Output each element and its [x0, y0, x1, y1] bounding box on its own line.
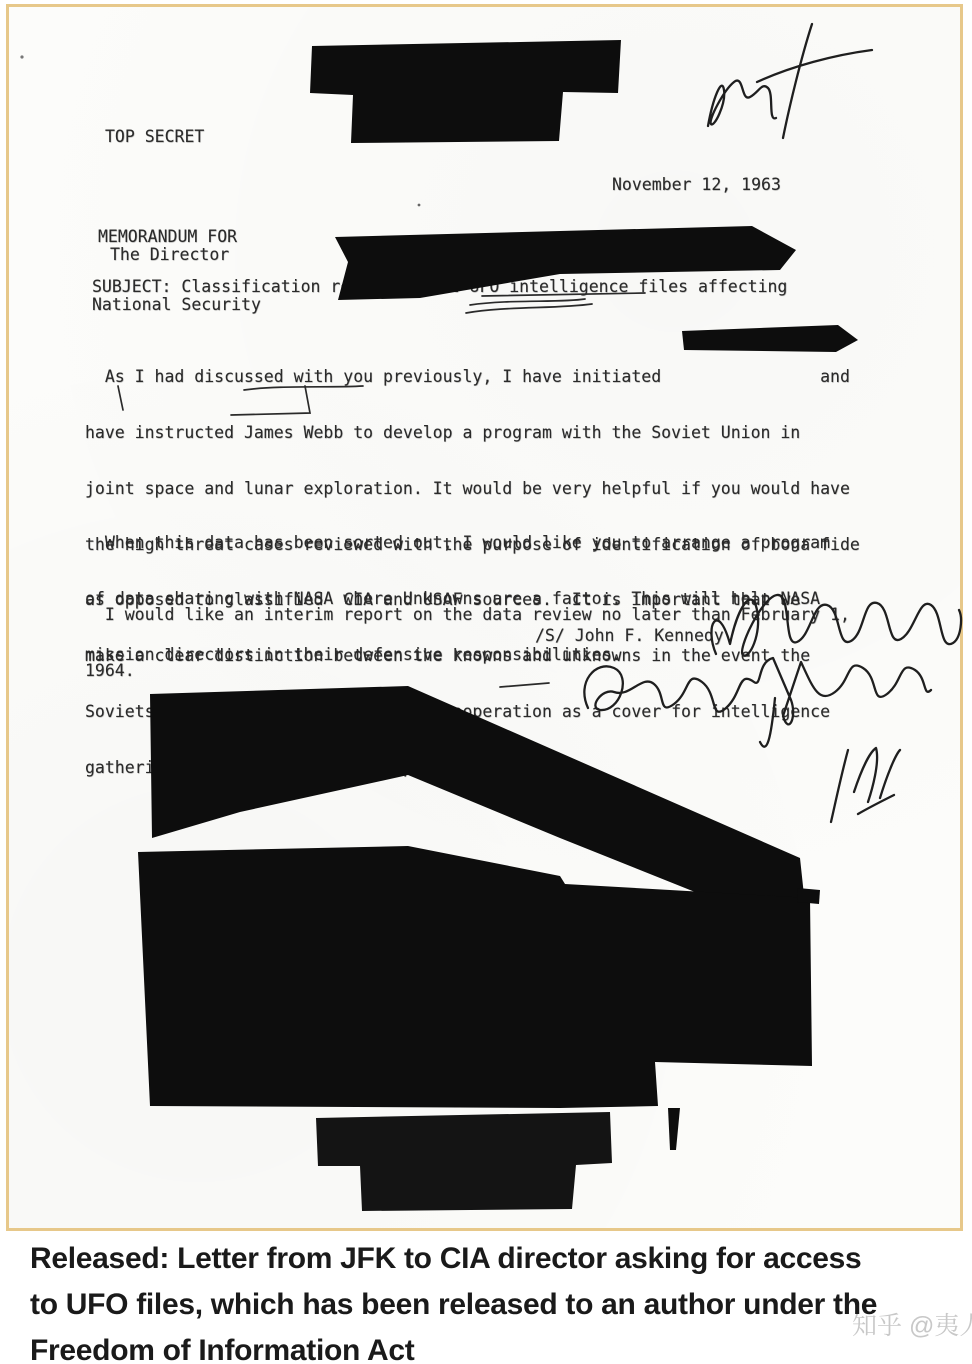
- caption-line-1: Released: Letter from JFK to CIA directo…: [30, 1242, 960, 1276]
- caption-line-3: Freedom of Information Act: [30, 1334, 960, 1364]
- p2-line: When this data has been sorted out, I wo…: [85, 534, 830, 553]
- subject-line-1: SUBJECT: Classification review of all UF…: [92, 278, 787, 297]
- p3-line: 1964.: [85, 662, 850, 681]
- p3-line: I would like an interim report on the da…: [85, 606, 850, 625]
- typed-signature: /S/ John F. Kennedy: [535, 627, 724, 646]
- memo-date: November 12, 1963: [612, 176, 781, 195]
- paragraph-3: I would like an interim report on the da…: [85, 569, 850, 718]
- page: TOP SECRET November 12, 1963 MEMORANDUM …: [0, 0, 972, 1364]
- subject-line-2: National Security: [92, 296, 261, 315]
- p1-line: have instructed James Webb to develop a …: [85, 424, 860, 443]
- memorandum-for-line: MEMORANDUM FOR: [98, 228, 237, 247]
- p1-line: As I had discussed with you previously, …: [85, 368, 860, 387]
- p1-line: joint space and lunar exploration. It wo…: [85, 480, 860, 499]
- director-line-suffix: , Central Intelligence Agency: [488, 246, 776, 265]
- director-line-prefix: The Director: [110, 246, 229, 265]
- classification-stamp: TOP SECRET: [105, 128, 204, 147]
- p1-line: gathering of their defence and space pro…: [85, 759, 860, 778]
- caption-line-2: to UFO files, which has been released to…: [30, 1288, 960, 1322]
